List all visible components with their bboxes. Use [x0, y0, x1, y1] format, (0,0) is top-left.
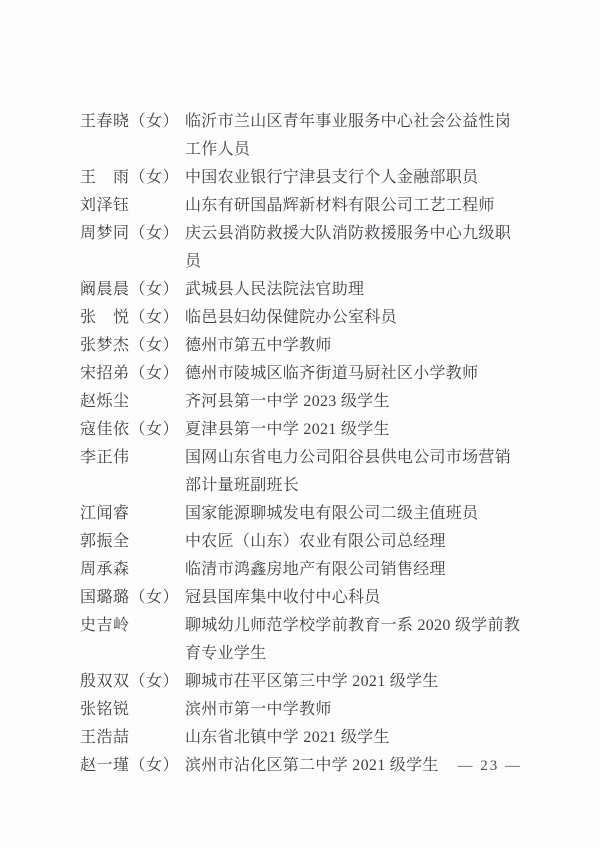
- person-description: 山东有研国晶辉新材料有限公司工艺工程师: [185, 192, 523, 220]
- person-name-text: 赵烁尘: [80, 393, 130, 410]
- person-name: 周承森: [80, 556, 185, 584]
- person-description: 山东省北镇中学 2021 级学生: [185, 724, 523, 752]
- person-name-text: 刘泽钰: [80, 197, 130, 214]
- person-description: 临沂市兰山区青年事业服务中心社会公益性岗工作人员: [185, 108, 523, 164]
- gender-note: （女）: [130, 421, 180, 438]
- person-name-text: 阚晨晨: [80, 281, 130, 298]
- person-description: 滨州市第一中学教师: [185, 696, 523, 724]
- person-name-text: 张 悦: [80, 309, 130, 326]
- person-name-text: 江闻睿: [80, 505, 130, 522]
- person-description: 聊城市茌平区第三中学 2021 级学生: [185, 668, 523, 696]
- person-description: 冠县国库集中收付中心科员: [185, 584, 523, 612]
- person-description: 中农匠（山东）农业有限公司总经理: [185, 528, 523, 556]
- person-description: 聊城幼儿师范学校学前教育一系 2020 级学前教育专业学生: [185, 612, 523, 668]
- person-name-text: 周梦同: [80, 225, 130, 242]
- person-name: 张梦杰（女）: [80, 332, 185, 360]
- table-row: 李正伟 国网山东省电力公司阳谷县供电公司市场营销部计量班副班长: [80, 444, 525, 500]
- person-description: 国网山东省电力公司阳谷县供电公司市场营销部计量班副班长: [185, 444, 523, 500]
- person-description: 德州市陵城区临齐街道马厨社区小学教师: [185, 360, 523, 388]
- document-page: 王春晓（女） 临沂市兰山区青年事业服务中心社会公益性岗工作人员 王 雨（女） 中…: [0, 0, 600, 848]
- person-name: 阚晨晨（女）: [80, 276, 185, 304]
- table-row: 郭振全 中农匠（山东）农业有限公司总经理: [80, 528, 525, 556]
- gender-note: （女）: [130, 337, 180, 354]
- table-row: 国璐璐（女） 冠县国库集中收付中心科员: [80, 584, 525, 612]
- person-name: 宋招弟（女）: [80, 360, 185, 388]
- person-description: 临邑县妇幼保健院办公室科员: [185, 304, 523, 332]
- gender-note: （女）: [130, 169, 180, 186]
- table-row: 宋招弟（女） 德州市陵城区临齐街道马厨社区小学教师: [80, 360, 525, 388]
- table-row: 阚晨晨（女） 武城县人民法院法官助理: [80, 276, 525, 304]
- person-description: 中国农业银行宁津县支行个人金融部职员: [185, 164, 523, 192]
- person-name-text: 赵一瑾: [80, 757, 130, 774]
- person-name: 张 悦（女）: [80, 304, 185, 332]
- person-name: 赵烁尘: [80, 388, 185, 416]
- table-row: 王浩喆 山东省北镇中学 2021 级学生: [80, 724, 525, 752]
- person-name-text: 张梦杰: [80, 337, 130, 354]
- table-row: 刘泽钰 山东有研国晶辉新材料有限公司工艺工程师: [80, 192, 525, 220]
- gender-note: （女）: [130, 225, 180, 242]
- person-name-text: 史吉岭: [80, 617, 130, 634]
- person-name: 张铭锐: [80, 696, 185, 724]
- person-name-text: 殷双双: [80, 673, 130, 690]
- person-name-text: 李正伟: [80, 449, 130, 466]
- person-name: 李正伟: [80, 444, 185, 472]
- person-name-text: 国璐璐: [80, 589, 130, 606]
- person-name: 郭振全: [80, 528, 185, 556]
- table-row: 周承森 临清市鸿鑫房地产有限公司销售经理: [80, 556, 525, 584]
- gender-note: （女）: [130, 281, 180, 298]
- person-name-text: 寇佳依: [80, 421, 130, 438]
- person-name: 王春晓（女）: [80, 108, 185, 136]
- person-description: 齐河县第一中学 2023 级学生: [185, 388, 523, 416]
- gender-note: （女）: [130, 365, 180, 382]
- table-row: 张铭锐 滨州市第一中学教师: [80, 696, 525, 724]
- person-name: 史吉岭: [80, 612, 185, 640]
- person-description: 庆云县消防救援大队消防救援服务中心九级职员: [185, 220, 523, 276]
- person-description: 德州市第五中学教师: [185, 332, 523, 360]
- entries-list: 王春晓（女） 临沂市兰山区青年事业服务中心社会公益性岗工作人员 王 雨（女） 中…: [80, 108, 525, 780]
- gender-note: （女）: [130, 673, 180, 690]
- table-row: 王 雨（女） 中国农业银行宁津县支行个人金融部职员: [80, 164, 525, 192]
- person-name-text: 王浩喆: [80, 729, 130, 746]
- person-description: 临清市鸿鑫房地产有限公司销售经理: [185, 556, 523, 584]
- page-number: — 23 —: [458, 755, 523, 777]
- person-name: 殷双双（女）: [80, 668, 185, 696]
- gender-note: （女）: [130, 757, 180, 774]
- person-name: 刘泽钰: [80, 192, 185, 220]
- person-description: 夏津县第一中学 2021 级学生: [185, 416, 523, 444]
- person-name: 周梦同（女）: [80, 220, 185, 248]
- person-name: 江闻睿: [80, 500, 185, 528]
- person-description: 国家能源聊城发电有限公司二级主值班员: [185, 500, 523, 528]
- table-row: 赵烁尘 齐河县第一中学 2023 级学生: [80, 388, 525, 416]
- table-row: 张梦杰（女） 德州市第五中学教师: [80, 332, 525, 360]
- person-name: 寇佳依（女）: [80, 416, 185, 444]
- person-name: 王浩喆: [80, 724, 185, 752]
- table-row: 江闻睿 国家能源聊城发电有限公司二级主值班员: [80, 500, 525, 528]
- person-name-text: 周承森: [80, 561, 130, 578]
- table-row: 王春晓（女） 临沂市兰山区青年事业服务中心社会公益性岗工作人员: [80, 108, 525, 164]
- person-name-text: 张铭锐: [80, 701, 130, 718]
- gender-note: （女）: [130, 589, 180, 606]
- person-name-text: 宋招弟: [80, 365, 130, 382]
- table-row: 史吉岭 聊城幼儿师范学校学前教育一系 2020 级学前教育专业学生: [80, 612, 525, 668]
- gender-note: （女）: [130, 113, 180, 130]
- table-row: 张 悦（女） 临邑县妇幼保健院办公室科员: [80, 304, 525, 332]
- person-name-text: 王 雨: [80, 169, 130, 186]
- person-description: 武城县人民法院法官助理: [185, 276, 523, 304]
- person-name-text: 郭振全: [80, 533, 130, 550]
- table-row: 殷双双（女） 聊城市茌平区第三中学 2021 级学生: [80, 668, 525, 696]
- gender-note: （女）: [130, 309, 180, 326]
- person-name: 王 雨（女）: [80, 164, 185, 192]
- table-row: 寇佳依（女） 夏津县第一中学 2021 级学生: [80, 416, 525, 444]
- person-name: 国璐璐（女）: [80, 584, 185, 612]
- table-row: 周梦同（女） 庆云县消防救援大队消防救援服务中心九级职员: [80, 220, 525, 276]
- person-name-text: 王春晓: [80, 113, 130, 130]
- person-name: 赵一瑾（女）: [80, 752, 185, 780]
